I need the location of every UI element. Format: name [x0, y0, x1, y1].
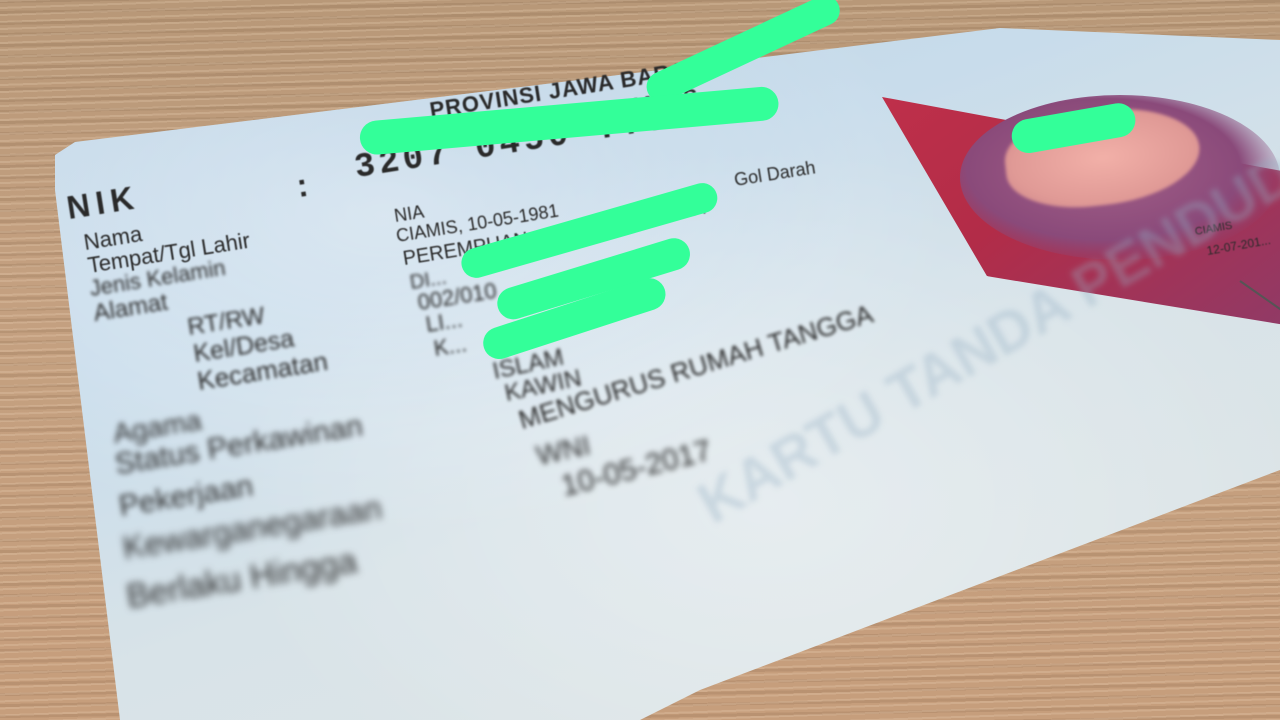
value-kecamatan: K...: [432, 331, 469, 362]
photo-scene: PROVINSI JAWA BARAT KABUPATEN CIAMIS NIK…: [0, 0, 1280, 720]
